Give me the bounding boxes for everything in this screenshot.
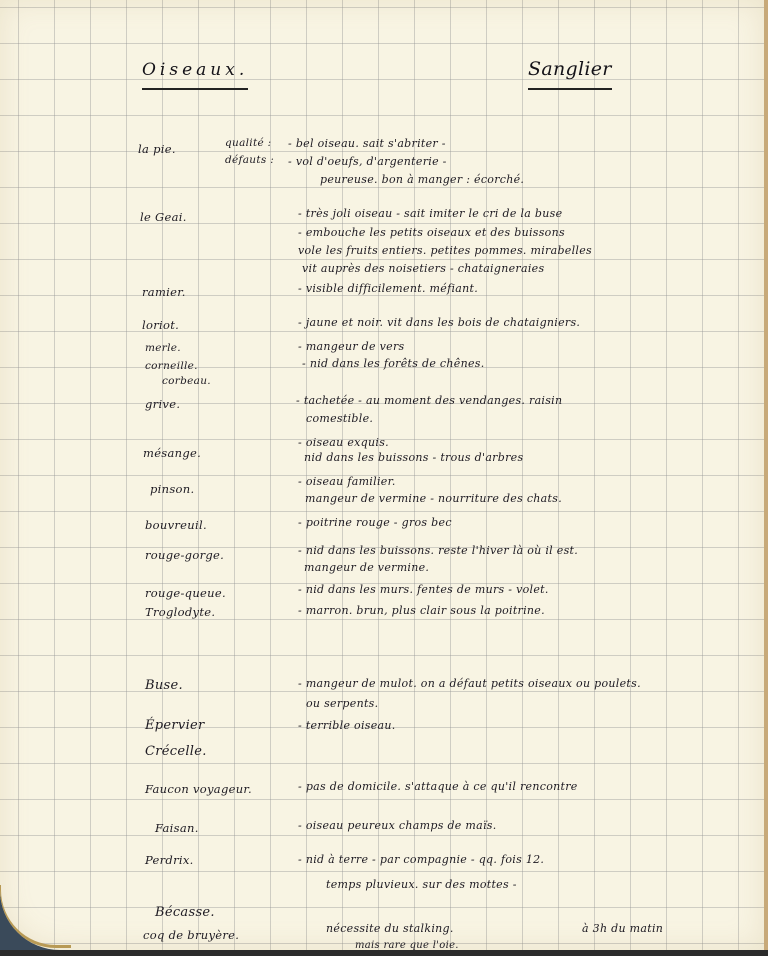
bird-name-corneille: corneille. — [145, 360, 198, 372]
entry-line: - tachetée - au moment des vendanges. ra… — [296, 394, 562, 407]
entry-line: mais rare que l'oie. — [355, 940, 459, 950]
entry-line: - mangeur de mulot. on a défaut petits o… — [298, 677, 641, 690]
bird-name-grive: grive. — [145, 397, 180, 411]
notebook-page: Oiseaux. Sanglier la pie. qualité : défa… — [0, 0, 768, 950]
bird-name-coq-de-bruyere: coq de bruyère. — [143, 928, 239, 942]
defects-label: défauts : — [225, 154, 274, 166]
bird-name-corbeau: corbeau. — [162, 375, 211, 387]
entry-line: - oiseau exquis. — [298, 436, 389, 449]
bird-name-perdrix: Perdrix. — [145, 853, 194, 867]
entry-note: à 3h du matin — [582, 922, 663, 935]
bird-name-troglodyte: Troglodyte. — [145, 605, 215, 619]
bird-name-ramier: ramier. — [142, 285, 186, 299]
qualities-label: qualité : — [225, 137, 271, 149]
entry-line: mangeur de vermine. — [304, 561, 429, 574]
bird-name-geai: le Geai. — [140, 210, 187, 224]
bird-name-faisan: Faisan. — [155, 821, 199, 835]
entry-line: peureuse. bon à manger : écorché. — [320, 173, 524, 186]
heading-sanglier: Sanglier — [528, 58, 612, 90]
entry-line: - nid à terre - par compagnie - qq. fois… — [298, 853, 544, 866]
entry-line: nid dans les buissons - trous d'arbres — [304, 451, 523, 464]
bird-name-mesange: mésange. — [143, 446, 201, 460]
notebook-binding-edge — [0, 950, 768, 956]
entry-line: - jaune et noir. vit dans les bois de ch… — [298, 316, 580, 329]
bird-name-pinson: pinson. — [150, 482, 194, 496]
bird-name-epervier: Épervier — [145, 718, 205, 733]
bird-name-bouvreuil: bouvreuil. — [145, 518, 207, 532]
bird-name-loriot: loriot. — [142, 318, 179, 332]
bird-name-rouge-queue: rouge-queue. — [145, 586, 226, 600]
bird-name-rouge-gorge: rouge-gorge. — [145, 548, 224, 562]
entry-line: - mangeur de vers — [298, 340, 404, 353]
entry-line: - embouche les petits oiseaux et des bui… — [298, 226, 565, 239]
page-corner — [0, 885, 71, 948]
entry-line: - nid dans les buissons. reste l'hiver l… — [298, 544, 578, 557]
entry-line: - marron. brun, plus clair sous la poitr… — [298, 604, 545, 617]
entry-line: - pas de domicile. s'attaque à ce qu'il … — [298, 780, 578, 793]
bird-name-faucon-voyageur: Faucon voyageur. — [145, 782, 252, 796]
bird-name-pie: la pie. — [138, 142, 176, 156]
entry-line: comestible. — [306, 412, 373, 425]
entry-line: - vol d'oeufs, d'argenterie - — [288, 155, 447, 168]
entry-line: - nid dans les murs. fentes de murs - vo… — [298, 583, 549, 596]
entry-line: ou serpents. — [306, 697, 378, 710]
entry-line: vit auprès des noisetiers - chataignerai… — [302, 262, 544, 275]
entry-line: vole les fruits entiers. petites pommes.… — [298, 244, 592, 257]
entry-line: - visible difficilement. méfiant. — [298, 282, 478, 295]
entry-line: temps pluvieux. sur des mottes - — [326, 878, 517, 891]
entry-line: - très joli oiseau - sait imiter le cri … — [298, 207, 562, 220]
entry-line: - oiseau peureux champs de maïs. — [298, 819, 497, 832]
bird-name-merle: merle. — [145, 342, 181, 354]
heading-oiseaux: Oiseaux. — [142, 60, 248, 90]
bird-name-crecelle: Crécelle. — [145, 744, 207, 759]
bird-name-becasse: Bécasse. — [155, 905, 215, 920]
entry-line: - bel oiseau. sait s'abriter - — [288, 137, 446, 150]
entry-line: - poitrine rouge - gros bec — [298, 516, 452, 529]
entry-line: - nid dans les forêts de chênes. — [302, 357, 485, 370]
entry-line: - oiseau familier. — [298, 475, 396, 488]
entry-line: mangeur de vermine - nourriture des chat… — [305, 492, 562, 505]
entry-line: nécessite du stalking. — [326, 922, 454, 935]
entry-line: - terrible oiseau. — [298, 719, 396, 732]
bird-name-buse: Buse. — [145, 678, 183, 693]
